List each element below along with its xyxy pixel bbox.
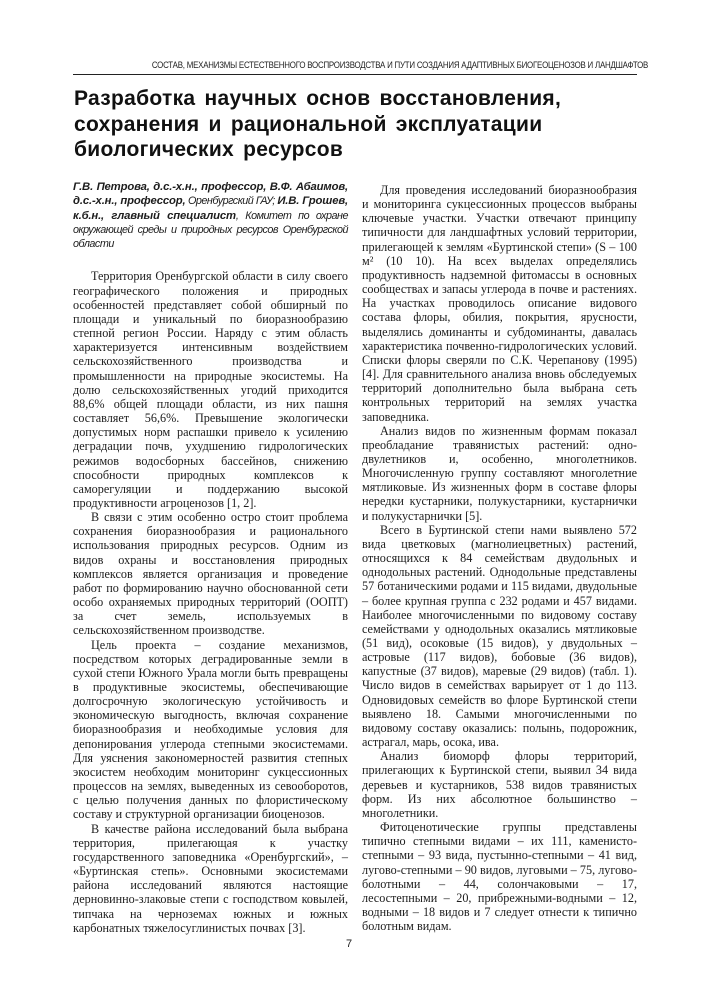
paragraph: Анализ биоморф флоры территорий, прилега…: [362, 749, 637, 820]
paragraph: В связи с этим особенно остро стоит проб…: [73, 510, 348, 637]
paragraph: Территория Оренбургской области в силу с…: [73, 269, 348, 510]
page-number: 7: [346, 938, 352, 950]
right-column: Для проведения исследований биоразнообра…: [362, 183, 637, 933]
article-title: Разработка научных основ восстановления,…: [74, 86, 634, 163]
paragraph: Цель проекта – создание механизмов, поср…: [73, 638, 348, 822]
paragraph: Фитоценотические группы представлены тип…: [362, 820, 637, 933]
paragraph: Для проведения исследований биоразнообра…: [362, 183, 637, 424]
paragraph: В качестве района исследований была выбр…: [73, 822, 348, 935]
document-page: СОСТАВ, МЕХАНИЗМЫ ЕСТЕСТВЕННОГО ВОСПРОИЗ…: [0, 0, 710, 1003]
left-column: Г.В. Петрова, д.с.-х.н., профессор, В.Ф.…: [73, 180, 348, 935]
header-rule: [73, 74, 637, 75]
paragraph: Всего в Буртинской степи нами выявлено 5…: [362, 523, 637, 750]
affiliation-1: Оренбургский ГАУ;: [185, 195, 277, 207]
paragraph: Анализ видов по жизненным формам показал…: [362, 424, 637, 523]
author-block: Г.В. Петрова, д.с.-х.н., профессор, В.Ф.…: [73, 180, 348, 251]
running-head: СОСТАВ, МЕХАНИЗМЫ ЕСТЕСТВЕННОГО ВОСПРОИЗ…: [152, 60, 636, 70]
